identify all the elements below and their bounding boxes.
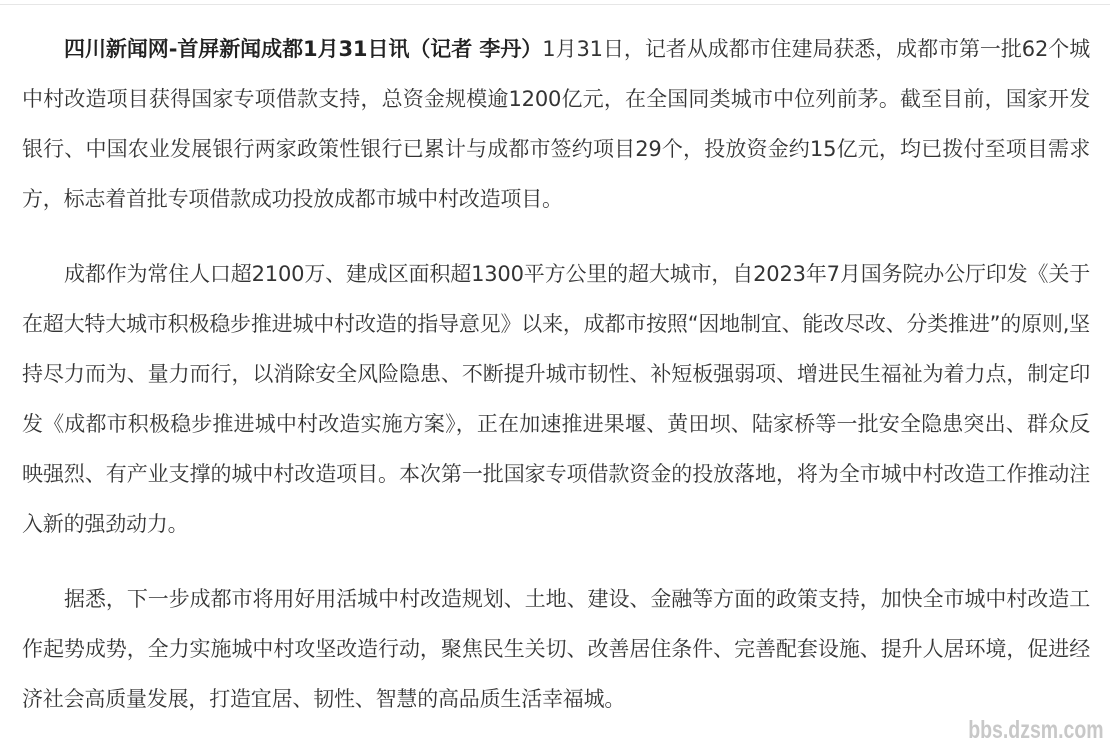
article-body: 四川新闻网-首屏新闻成都1月31日讯（记者 李丹）1月31日，记者从成都市住建局… xyxy=(22,24,1090,749)
dateline-lead: 四川新闻网-首屏新闻成都1月31日讯（记者 李丹） xyxy=(64,37,542,61)
paragraph-1: 四川新闻网-首屏新闻成都1月31日讯（记者 李丹）1月31日，记者从成都市住建局… xyxy=(22,24,1090,224)
paragraph-1-text: 1月31日，记者从成都市住建局获悉，成都市第一批62个城中村改造项目获得国家专项… xyxy=(22,37,1090,211)
top-divider xyxy=(0,4,1110,5)
site-watermark: bbs.dzsm.com xyxy=(969,716,1104,745)
paragraph-3: 据悉，下一步成都市将用好用活城中村改造规划、土地、建设、金融等方面的政策支持，加… xyxy=(22,574,1090,724)
paragraph-2: 成都作为常住人口超2100万、建成区面积超1300平方公里的超大城市，自2023… xyxy=(22,249,1090,549)
paragraph-2-text: 成都作为常住人口超2100万、建成区面积超1300平方公里的超大城市，自2023… xyxy=(22,262,1090,536)
paragraph-3-text: 据悉，下一步成都市将用好用活城中村改造规划、土地、建设、金融等方面的政策支持，加… xyxy=(22,587,1090,711)
